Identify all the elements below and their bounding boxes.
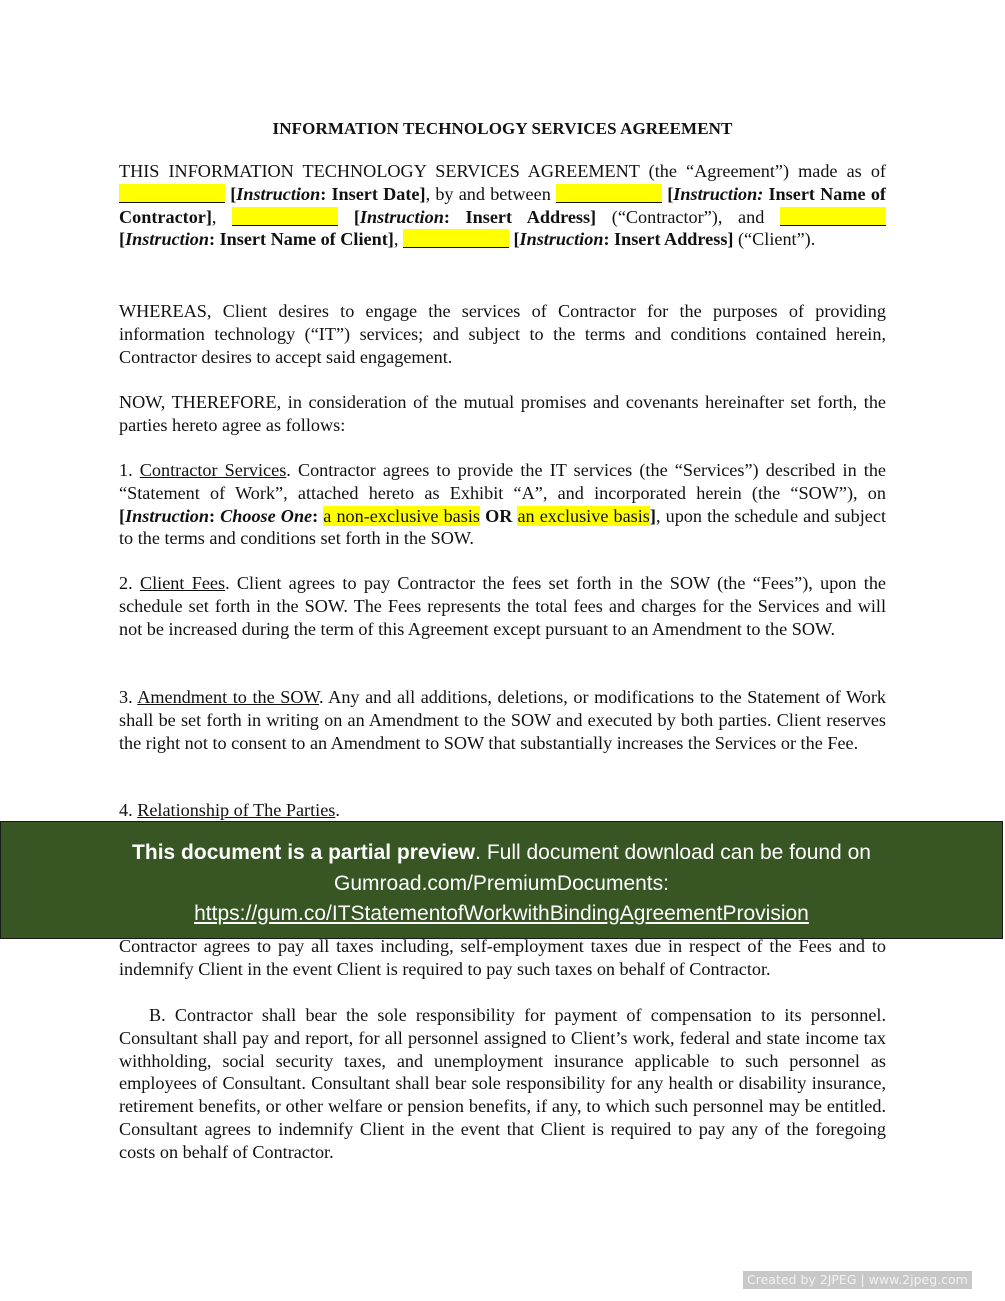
2jpeg-watermark: Created by 2JPEG | www.2jpeg.com: [743, 1271, 972, 1289]
section-2-heading: Client Fees: [140, 573, 225, 593]
banner-line-1: This document is a partial preview. Full…: [1, 838, 1002, 869]
client-address-blank-field[interactable]: [403, 229, 509, 248]
instruction-insert-client-address: [Instruction: Insert Address]: [513, 229, 733, 249]
section-3-amendment: 3. Amendment to the SOW. Any and all add…: [119, 686, 886, 754]
client-name-blank-field[interactable]: [780, 207, 886, 226]
instruction-insert-contractor-address: [Instruction: Insert Address]: [354, 207, 596, 227]
option-non-exclusive-basis: a non-exclusive basis: [323, 506, 480, 526]
now-therefore-paragraph: NOW, THEREFORE, in consideration of the …: [119, 391, 886, 437]
gumroad-download-link[interactable]: https://gum.co/ITStatementofWorkwithBind…: [194, 902, 809, 925]
contractor-address-blank-field[interactable]: [232, 207, 338, 226]
instruction-insert-client-name: [Instruction: Insert Name of Client]: [119, 229, 394, 249]
section-1-heading: Contractor Services: [140, 460, 287, 480]
section-3-heading: Amendment to the SOW: [137, 687, 319, 707]
banner-line-2: Gumroad.com/PremiumDocuments:: [1, 869, 1002, 900]
contractor-name-blank-field[interactable]: [556, 184, 662, 203]
section-4-relationship: 4. Relationship of The Parties.: [119, 799, 886, 822]
section-4a-tail: Contractor agrees to pay all taxes inclu…: [119, 935, 886, 981]
section-2-client-fees: 2. Client Fees. Client agrees to pay Con…: [119, 572, 886, 640]
intro-text: THIS INFORMATION TECHNOLOGY SERVICES AGR…: [119, 161, 886, 181]
instruction-insert-date: [Instruction: Insert Date]: [230, 184, 425, 204]
partial-preview-banner: This document is a partial preview. Full…: [0, 821, 1003, 939]
section-1-contractor-services: 1. Contractor Services. Contractor agree…: [119, 459, 886, 550]
whereas-paragraph: WHEREAS, Client desires to engage the se…: [119, 300, 886, 368]
section-4-heading: Relationship of The Parties: [137, 800, 335, 820]
option-exclusive-basis: an exclusive basis: [517, 506, 649, 526]
intro-paragraph: THIS INFORMATION TECHNOLOGY SERVICES AGR…: [119, 160, 886, 251]
document-title: INFORMATION TECHNOLOGY SERVICES AGREEMEN…: [119, 119, 886, 139]
date-blank-field[interactable]: [119, 184, 225, 203]
section-4b-text: B. Contractor shall bear the sole respon…: [119, 1004, 886, 1164]
